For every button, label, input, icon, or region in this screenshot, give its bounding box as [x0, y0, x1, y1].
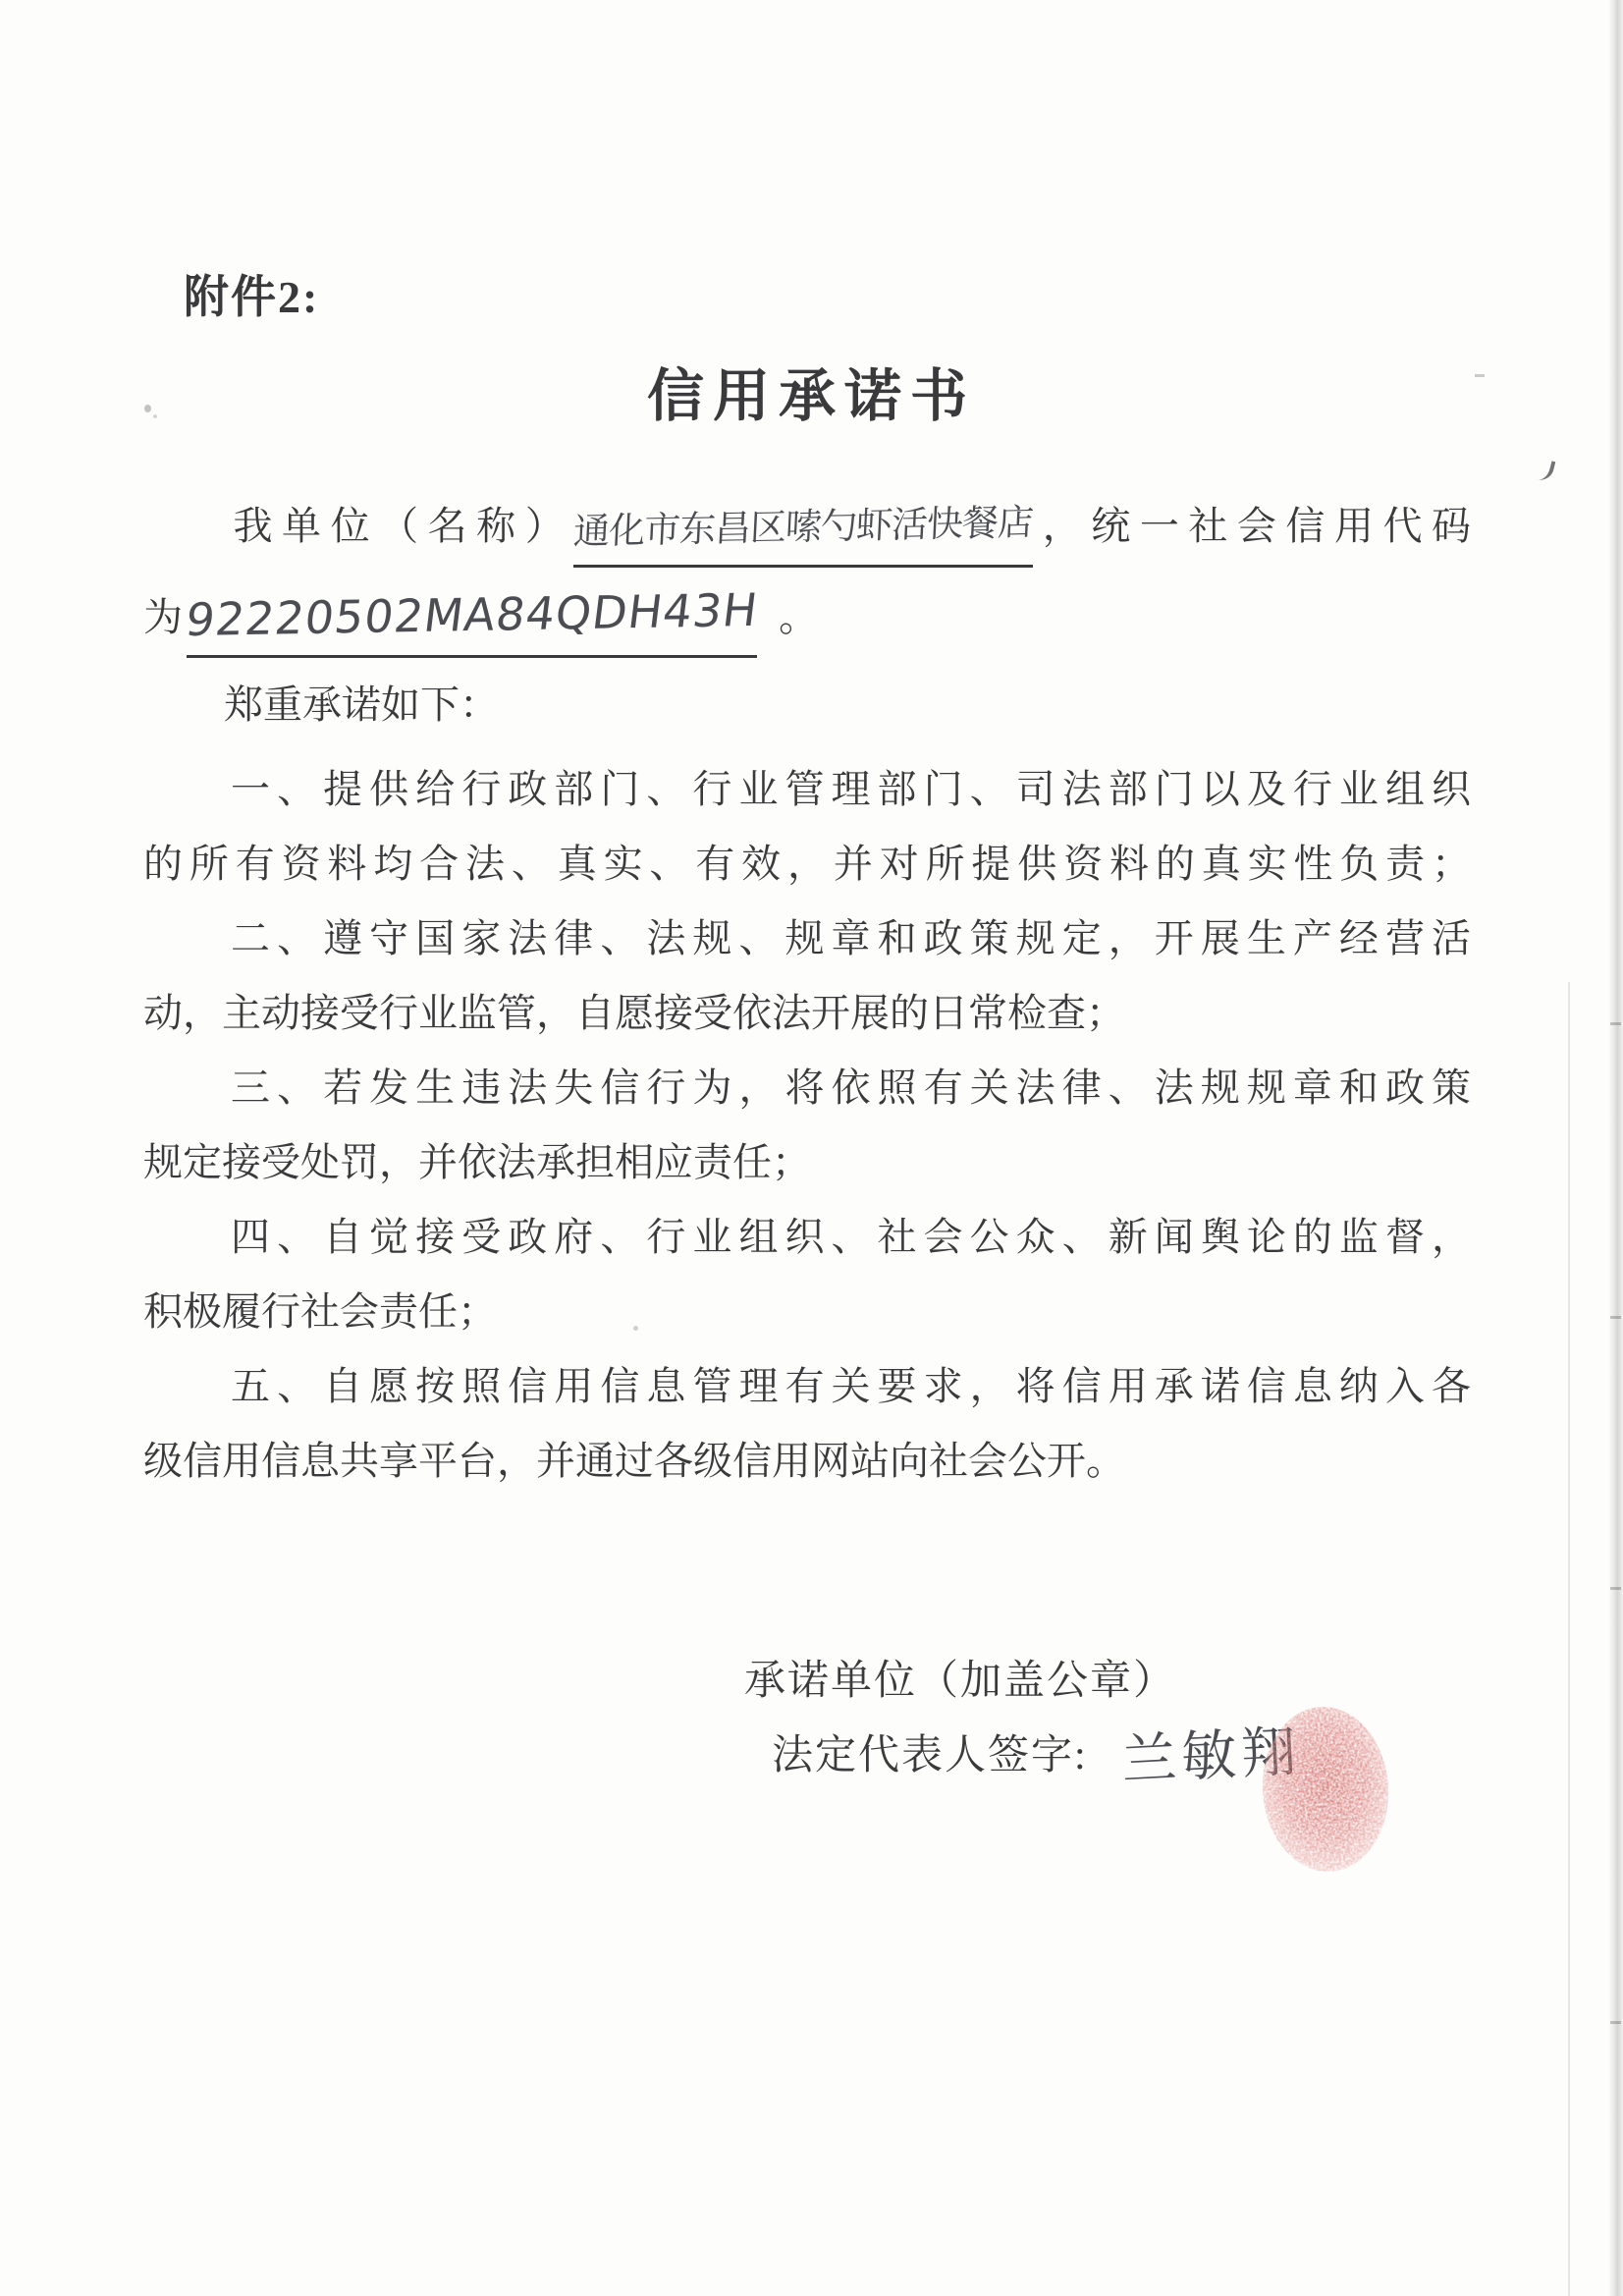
scan-artifact-tick: [1610, 1316, 1621, 1319]
scan-artifact-tick: [1610, 1587, 1621, 1590]
scan-speck: [144, 405, 151, 412]
clause-1-line-2: 的所有资料均合法、真实、有效，并对所提供资料的真实性负责；: [143, 827, 1471, 902]
scan-speck: [633, 1326, 638, 1331]
credit-code-prefix: 为: [143, 595, 183, 639]
clause-3-line-2: 规定接受处罚，并依法承担相应责任；: [143, 1125, 1471, 1200]
scan-artifact-tick: [1610, 1022, 1621, 1025]
clause-5-line-2: 级信用信息共享平台，并通过各级信用网站向社会公开。: [143, 1424, 1471, 1499]
intro-prefix: 我单位（名称）: [224, 504, 573, 548]
handwritten-credit-code: 92220502MA84QDH43H: [182, 573, 763, 657]
clause-text: 级信用信息共享平台，并通过各级信用网站向社会公开。: [143, 1439, 1125, 1483]
clause-2-line-1: 二、遵守国家法律、法规、规章和政策规定，开展生产经营活: [143, 902, 1471, 976]
intro-suffix: ，统一社会信用代码: [1033, 504, 1471, 548]
pledge-lead-text: 郑重承诺如下：: [224, 683, 499, 727]
clause-text: 一、提供给行政部门、行业管理部门、司法部门以及行业组织: [224, 767, 1471, 811]
scan-stray-mark: [1536, 458, 1556, 482]
scan-hairline: [1568, 982, 1570, 2296]
clause-text: 的所有资料均合法、真实、有效，并对所提供资料的真实性负责；: [143, 842, 1471, 886]
intro-line-1: 我单位（名称）通化市东昌区嗦勺虾活快餐店，统一社会信用代码: [143, 489, 1471, 568]
scan-edge-shadow: [1608, 0, 1623, 2296]
credit-code-period: 。: [779, 595, 818, 639]
clause-4-line-2: 积极履行社会责任；: [143, 1275, 1471, 1349]
scan-artifact-tick: [1610, 2021, 1621, 2024]
handwritten-company-name: 通化市东昌区嗦勺虾活快餐店: [571, 485, 1035, 570]
legal-representative-label: 法定代表人签字:: [772, 1722, 1088, 1781]
company-name-underline: 通化市东昌区嗦勺虾活快餐店: [573, 489, 1033, 568]
clause-4-line-1: 四、自觉接受政府、行业组织、社会公众、新闻舆论的监督，: [143, 1200, 1471, 1275]
clause-5-line-1: 五、自愿按照信用信息管理有关要求，将信用承诺信息纳入各: [143, 1349, 1471, 1424]
fingerprint-stamp: [1255, 1703, 1398, 1878]
clause-text: 二、遵守国家法律、法规、规章和政策规定，开展生产经营活: [224, 916, 1471, 960]
credit-code-underline: 92220502MA84QDH43H: [187, 577, 757, 658]
clause-3-line-1: 三、若发生违法失信行为，将依照有关法律、法规规章和政策: [143, 1051, 1471, 1125]
pledge-lead-line: 郑重承诺如下：: [143, 668, 1471, 742]
clause-text: 四、自觉接受政府、行业组织、社会公众、新闻舆论的监督，: [224, 1215, 1471, 1259]
clause-text: 规定接受处罚，并依法承担相应责任；: [143, 1140, 811, 1184]
signing-unit-label: 承诺单位（加盖公章）: [744, 1648, 1176, 1707]
clause-1-line-1: 一、提供给行政部门、行业管理部门、司法部门以及行业组织: [143, 752, 1471, 827]
scanned-document-page: 附件2: 信用承诺书 我单位（名称）通化市东昌区嗦勺虾活快餐店，统一社会信用代码…: [0, 0, 1623, 2296]
clause-2-line-2: 动，主动接受行业监管，自愿接受依法开展的日常检查；: [143, 976, 1471, 1051]
attachment-label: 附件2:: [184, 261, 319, 326]
scan-speck: [153, 414, 157, 418]
clause-text: 五、自愿按照信用信息管理有关要求，将信用承诺信息纳入各: [224, 1364, 1471, 1408]
clause-text: 三、若发生违法失信行为，将依照有关法律、法规规章和政策: [224, 1066, 1471, 1110]
document-title: 信用承诺书: [0, 350, 1623, 432]
clause-text: 积极履行社会责任；: [143, 1289, 497, 1334]
document-body: 我单位（名称）通化市东昌区嗦勺虾活快餐店，统一社会信用代码 为92220502M…: [143, 489, 1471, 1499]
clause-text: 动，主动接受行业监管，自愿接受依法开展的日常检查；: [143, 991, 1125, 1035]
scan-stray-mark: [1475, 374, 1485, 377]
intro-line-2: 为92220502MA84QDH43H。: [143, 577, 1471, 658]
